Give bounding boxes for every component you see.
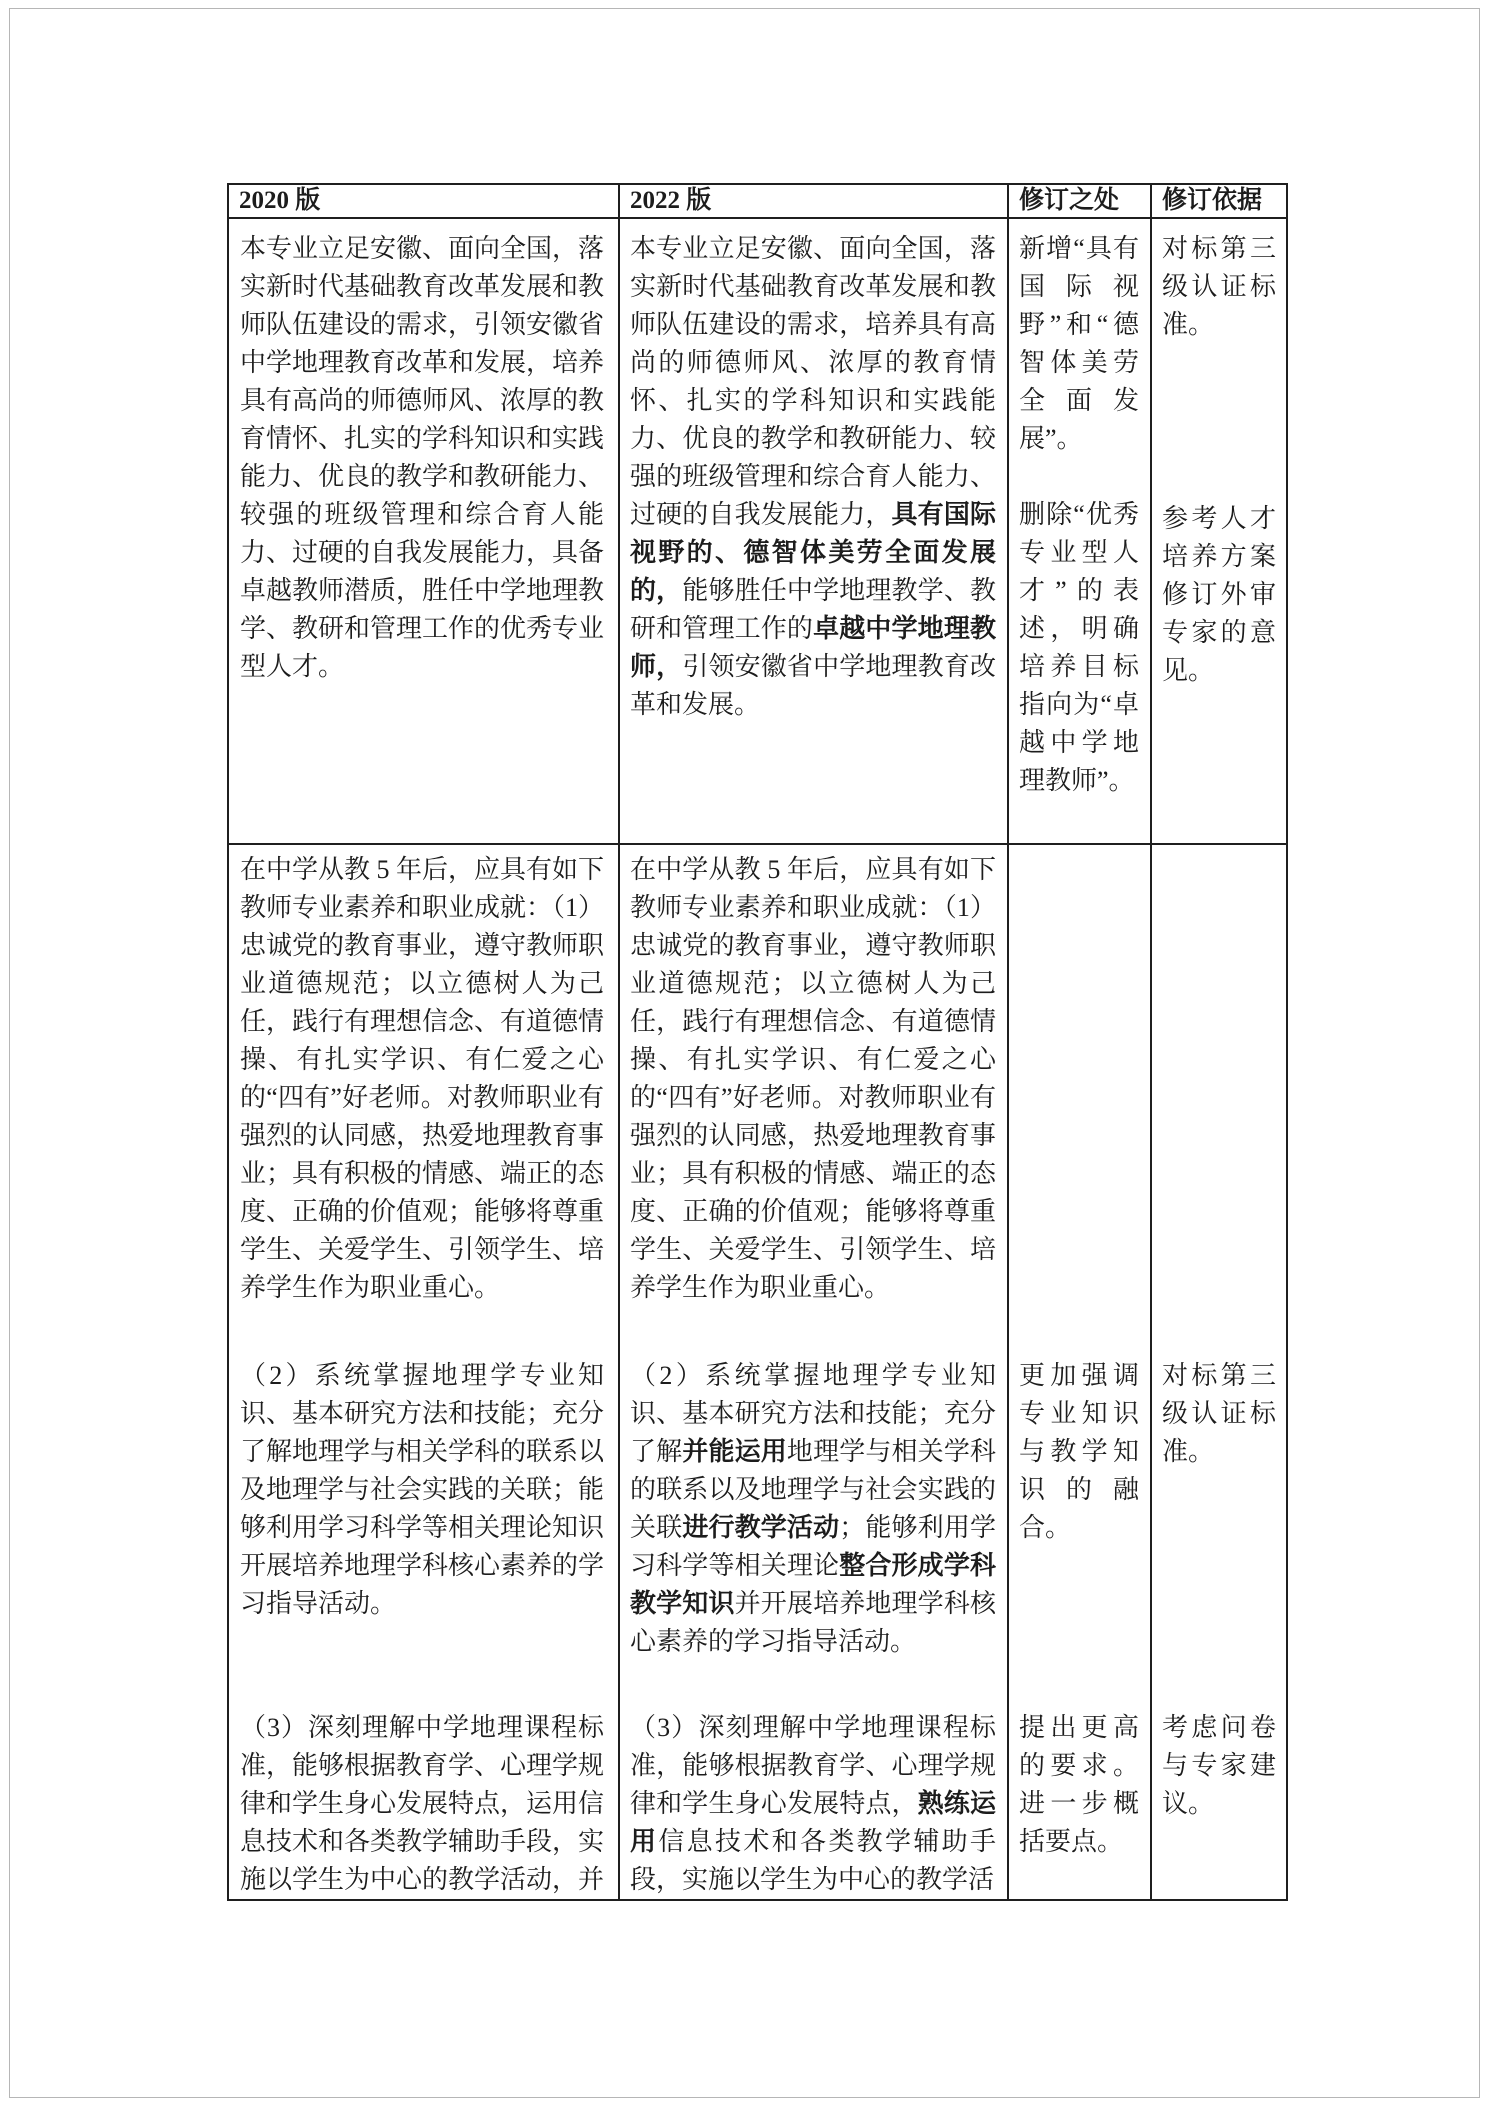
row1-revision-note-1: 新增“具有国际视野”和“德智体美劳全面发展”。 — [1019, 230, 1139, 458]
table-border-right — [1286, 183, 1288, 1901]
document-page: 2020 版 2022 版 修订之处 修订依据 本专业立足安徽、面向全国，落实新… — [0, 0, 1488, 2104]
row2-revision-note-2: 提出更高的要求。进一步概括要点。 — [1019, 1709, 1139, 1861]
row1-2020-text: 本专业立足安徽、面向全国，落实新时代基础教育改革发展和教师队伍建设的需求，引领安… — [240, 230, 604, 686]
header-revision: 修订之处 — [1019, 186, 1119, 216]
header-2022-edition: 2022 版 — [630, 186, 711, 216]
table-border-row-divider — [227, 843, 1288, 845]
table-border-bottom — [227, 1899, 1288, 1901]
row2-2022-paragraph-2: （2）系统掌握地理学专业知识、基本研究方法和技能；充分了解并能运用地理学与相关学… — [630, 1357, 996, 1661]
row2-2020-paragraph-3: （3）深刻理解中学地理课程标准，能够根据教育学、心理学规律和学生身心发展特点，运… — [240, 1709, 604, 1899]
table-divider-col3 — [1150, 183, 1152, 1901]
table-border-left — [227, 183, 229, 1901]
header-2020-edition: 2020 版 — [239, 186, 320, 216]
row2-2022-paragraph-1: 在中学从教 5 年后，应具有如下教师专业素养和职业成就：（1）忠诚党的教育事业，… — [630, 851, 996, 1307]
row1-revision-note-2: 删除“优秀专业型人才”的表述，明确培养目标指向为“卓越中学地理教师”。 — [1019, 496, 1139, 800]
row2-2022-paragraph-3: （3）深刻理解中学地理课程标准，能够根据教育学、心理学规律和学生身心发展特点，熟… — [630, 1709, 996, 1899]
row2-revision-note-1: 更加强调专业知识与教学知识的融合。 — [1019, 1357, 1139, 1547]
row1-basis-note-1: 对标第三级认证标准。 — [1162, 230, 1276, 344]
header-revision-basis: 修订依据 — [1162, 186, 1262, 216]
row2-basis-note-1: 对标第三级认证标准。 — [1162, 1357, 1276, 1471]
row1-2022-text: 本专业立足安徽、面向全国，落实新时代基础教育改革发展和教师队伍建设的需求，培养具… — [630, 230, 996, 724]
row2-2020-paragraph-1: 在中学从教 5 年后，应具有如下教师专业素养和职业成就：（1）忠诚党的教育事业，… — [240, 851, 604, 1307]
table-divider-col1 — [618, 183, 620, 1901]
comparison-table: 2020 版 2022 版 修订之处 修订依据 本专业立足安徽、面向全国，落实新… — [0, 0, 1488, 1899]
table-border-top — [227, 183, 1288, 185]
table-divider-col2 — [1007, 183, 1009, 1901]
row1-basis-note-2: 参考人才培养方案修订外审专家的意见。 — [1162, 500, 1276, 690]
table-border-header — [227, 217, 1288, 219]
row2-basis-note-2: 考虑问卷与专家建议。 — [1162, 1709, 1276, 1823]
row2-2020-paragraph-2: （2）系统掌握地理学专业知识、基本研究方法和技能；充分了解地理学与相关学科的联系… — [240, 1357, 604, 1623]
